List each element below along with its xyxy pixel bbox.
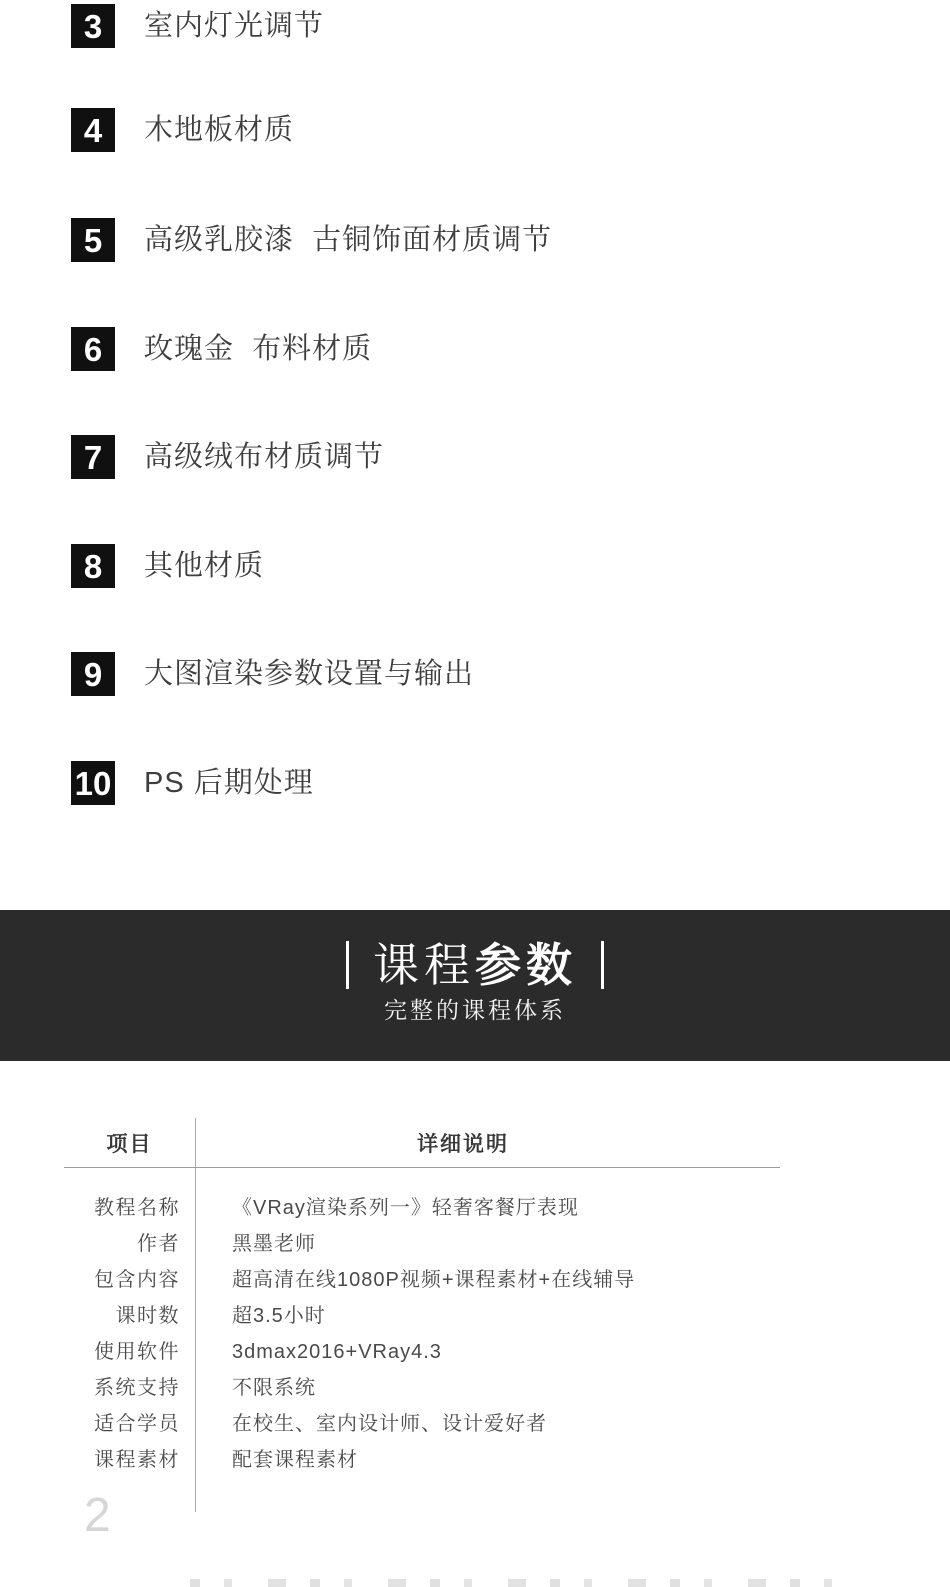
chapter-number-badge: 9 (71, 652, 115, 696)
banner-title-row: 课程 参数 (0, 941, 950, 989)
banner-subtitle: 完整的课程体系 (0, 999, 950, 1022)
table-rows: 教程名称 《VRay渲染系列一》轻奢客餐厅表现 作者 黑墨老师 包含内容 超高清… (64, 1190, 780, 1478)
table-row: 作者 黑墨老师 (64, 1226, 780, 1262)
table-row: 使用软件 3dmax2016+VRay4.3 (64, 1334, 780, 1370)
chapter-item: 7 高级绒布材质调节 (71, 435, 384, 479)
row-value: 不限系统 (232, 1378, 316, 1398)
table-header-underline (64, 1167, 780, 1168)
row-value: 超高清在线1080P视频+课程素材+在线辅导 (232, 1270, 635, 1290)
chapter-title: 室内灯光调节 (144, 12, 324, 41)
chapter-item: 4 木地板材质 (71, 108, 294, 152)
table-row: 教程名称 《VRay渲染系列一》轻奢客餐厅表现 (64, 1190, 780, 1226)
chapter-title: 玫瑰金 布料材质 (144, 335, 372, 364)
row-label: 课程素材 (64, 1450, 180, 1470)
row-value: 在校生、室内设计师、设计爱好者 (232, 1414, 547, 1434)
row-label: 课时数 (64, 1306, 180, 1326)
table-row: 适合学员 在校生、室内设计师、设计爱好者 (64, 1406, 780, 1442)
chapter-title: PS 后期处理 (144, 769, 314, 798)
chapter-number-badge: 10 (71, 761, 115, 805)
table-row: 系统支持 不限系统 (64, 1370, 780, 1406)
row-value: 黑墨老师 (232, 1234, 316, 1254)
chapter-title: 高级绒布材质调节 (144, 443, 384, 472)
table-header-item: 项目 (64, 1134, 195, 1155)
chapter-title: 木地板材质 (144, 116, 294, 145)
row-label: 包含内容 (64, 1270, 180, 1290)
course-params-banner: 课程 参数 完整的课程体系 (0, 910, 950, 1061)
banner-right-bar (601, 941, 604, 989)
bottom-cutoff-text-artifact (190, 1579, 860, 1587)
row-label: 作者 (64, 1234, 180, 1254)
chapter-title: 高级乳胶漆 古铜饰面材质调节 (144, 226, 552, 255)
row-value: 超3.5小时 (232, 1306, 326, 1326)
row-label: 系统支持 (64, 1378, 180, 1398)
chapter-number-badge: 4 (71, 108, 115, 152)
banner-title-bold: 参数 (475, 942, 577, 988)
chapter-title: 其他材质 (144, 552, 264, 581)
chapter-item: 9 大图渲染参数设置与输出 (71, 652, 474, 696)
table-row: 课时数 超3.5小时 (64, 1298, 780, 1334)
row-label: 使用软件 (64, 1342, 180, 1362)
chapter-number-badge: 6 (71, 327, 115, 371)
table-row: 课程素材 配套课程素材 (64, 1442, 780, 1478)
row-value: 《VRay渲染系列一》轻奢客餐厅表现 (232, 1198, 579, 1218)
table-header-detail: 详细说明 (196, 1134, 730, 1155)
chapter-number-badge: 5 (71, 218, 115, 262)
chapter-item: 8 其他材质 (71, 544, 264, 588)
chapter-item: 3 室内灯光调节 (71, 4, 324, 48)
banner-title-regular: 课程 (373, 942, 475, 988)
chapter-number-badge: 7 (71, 435, 115, 479)
chapter-item: 6 玫瑰金 布料材质 (71, 327, 372, 371)
chapter-number-badge: 3 (71, 4, 115, 48)
row-label: 适合学员 (64, 1414, 180, 1434)
banner-left-bar (346, 941, 349, 989)
chapter-item: 10 PS 后期处理 (71, 761, 314, 805)
faint-page-number: 2 (84, 1492, 111, 1540)
chapter-number-badge: 8 (71, 544, 115, 588)
row-value: 3dmax2016+VRay4.3 (232, 1342, 442, 1362)
row-label: 教程名称 (64, 1198, 180, 1218)
row-value: 配套课程素材 (232, 1450, 358, 1470)
chapter-title: 大图渲染参数设置与输出 (144, 660, 474, 689)
table-row: 包含内容 超高清在线1080P视频+课程素材+在线辅导 (64, 1262, 780, 1298)
chapter-item: 5 高级乳胶漆 古铜饰面材质调节 (71, 218, 552, 262)
